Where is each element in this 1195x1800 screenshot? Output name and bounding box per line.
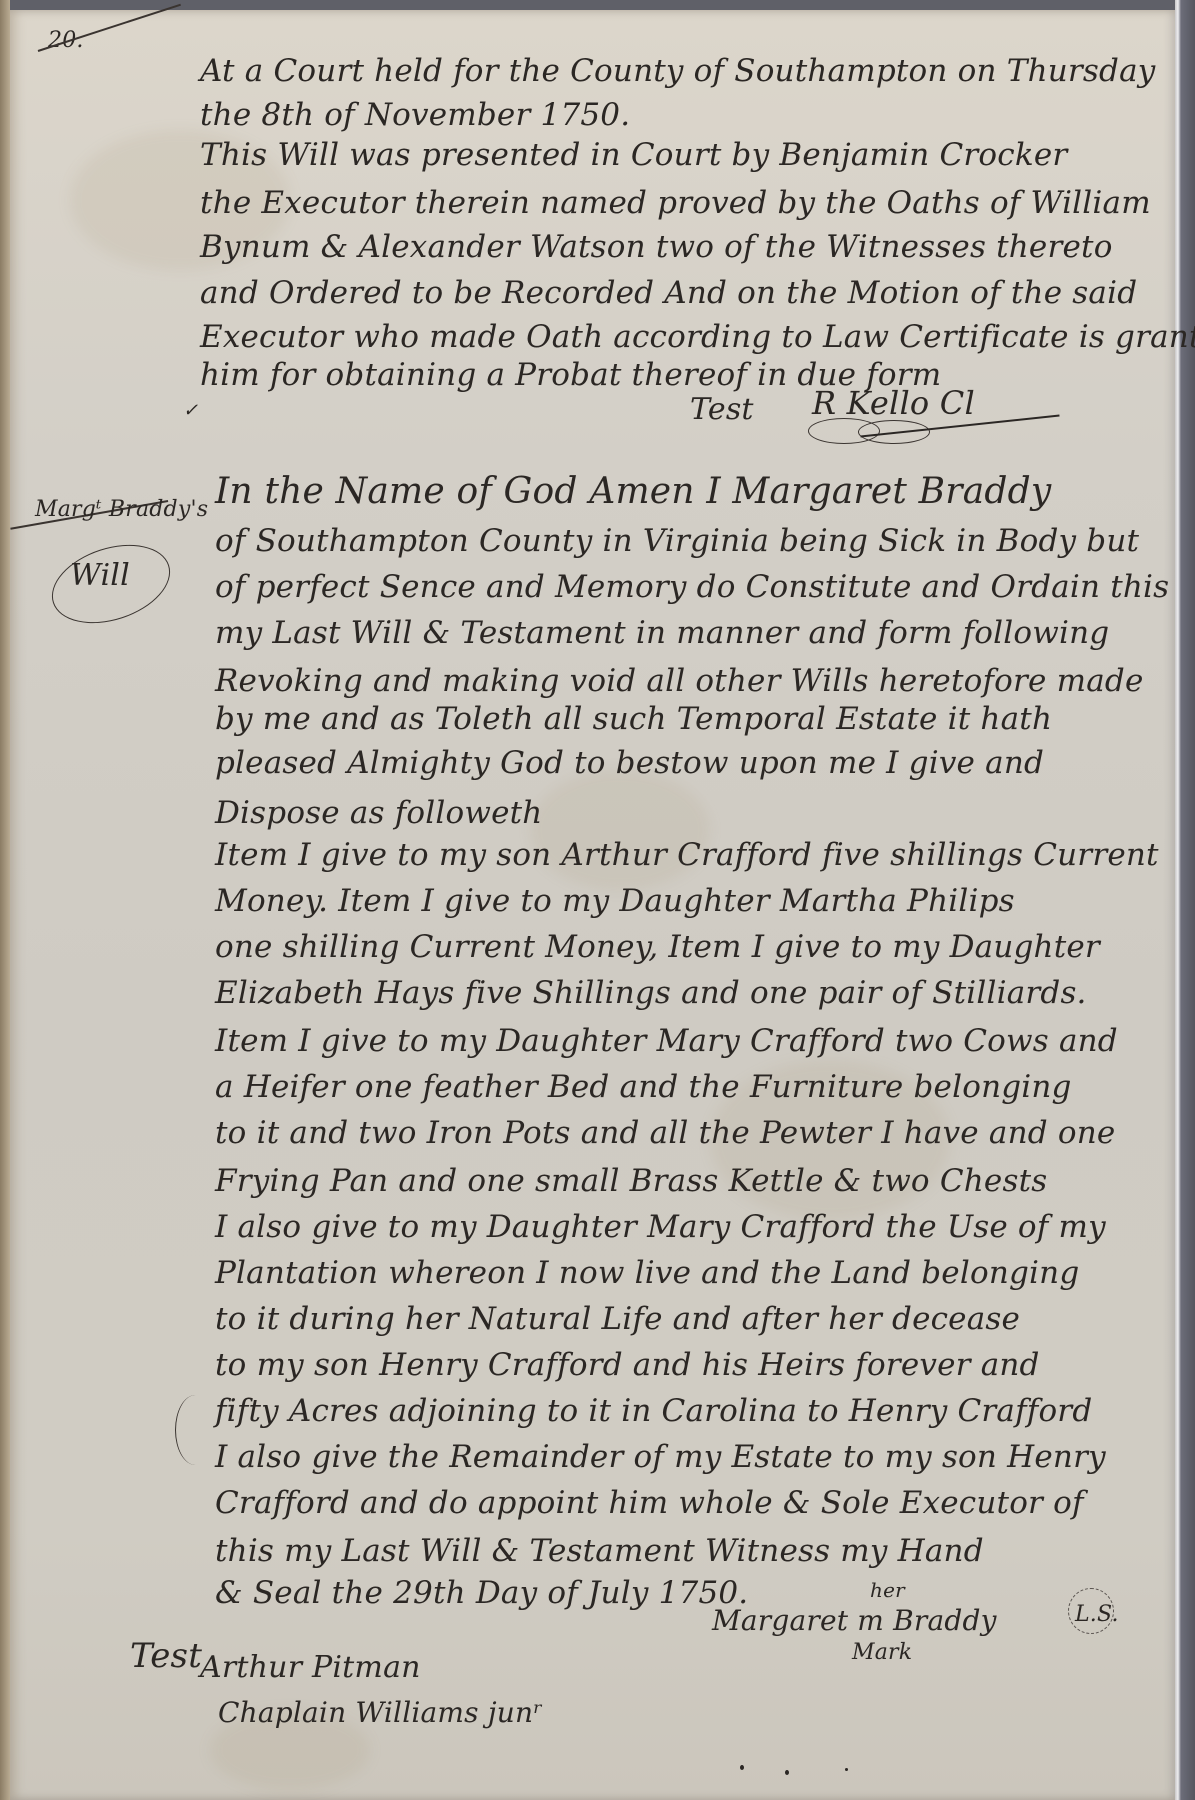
will-line: Dispose as followeth [215, 798, 542, 829]
witness-name: Chaplain Williams junʳ [218, 1696, 543, 1729]
will-line: pleased Almighty God to bestow upon me I… [215, 748, 1044, 779]
probate-line: At a Court held for the County of Southa… [200, 56, 1155, 87]
will-line: In the Name of God Amen I Margaret Bradd… [215, 474, 1051, 510]
will-line: Crafford and do appoint him whole & Sole… [215, 1488, 1084, 1519]
will-line: to my son Henry Crafford and his Heirs f… [215, 1350, 1040, 1381]
will-line: by me and as Toleth all such Temporal Es… [215, 704, 1052, 735]
will-line: Elizabeth Hays five Shillings and one pa… [215, 978, 1087, 1009]
will-line: Revoking and making void all other Wills… [215, 666, 1144, 697]
will-line: a Heifer one feather Bed and the Furnitu… [215, 1072, 1072, 1103]
margin-note-label: Will [70, 558, 130, 593]
probate-line: and Ordered to be Recorded And on the Mo… [200, 278, 1137, 309]
will-line: Item I give to my son Arthur Crafford fi… [215, 840, 1159, 871]
signature-mark: Mark [852, 1640, 912, 1665]
ink-spot [740, 1765, 744, 1770]
ink-spot [845, 1768, 848, 1771]
will-line: to it during her Natural Life and after … [215, 1304, 1020, 1335]
will-line: this my Last Will & Testament Witness my… [215, 1536, 984, 1567]
margin-note-name: Margᵗ Braddy's [35, 497, 208, 522]
will-line: I also give to my Daughter Mary Crafford… [215, 1212, 1106, 1243]
will-line: Item I give to my Daughter Mary Crafford… [215, 1026, 1118, 1057]
will-line: Frying Pan and one small Brass Kettle & … [215, 1166, 1047, 1197]
probate-line: This Will was presented in Court by Benj… [200, 140, 1067, 171]
witness-name: Arthur Pitman [200, 1650, 421, 1685]
signature-name: Margaret m Braddy [712, 1604, 997, 1637]
will-line: of Southampton County in Virginia being … [215, 526, 1139, 557]
margin-bracket [175, 1395, 216, 1465]
will-line: one shilling Current Money, Item I give … [215, 932, 1100, 963]
teste-label: Test [690, 392, 754, 427]
probate-line: the Executor therein named proved by the… [200, 188, 1151, 219]
seal-label: L.S. [1075, 1602, 1119, 1627]
probate-line: the 8th of November 1750. [200, 100, 630, 131]
check-mark-icon: ✓ [183, 400, 198, 421]
witness-teste-label: Test [130, 1636, 202, 1676]
will-line: my Last Will & Testament in manner and f… [215, 618, 1109, 649]
probate-line: Bynum & Alexander Watson two of the Witn… [200, 232, 1113, 263]
probate-line: Executor who made Oath according to Law … [200, 322, 1195, 353]
page-edge-left [0, 0, 10, 1800]
will-line: I also give the Remainder of my Estate t… [215, 1442, 1106, 1473]
will-line: of perfect Sence and Memory do Constitut… [215, 572, 1169, 603]
will-line: fifty Acres adjoining to it in Carolina … [215, 1396, 1092, 1427]
signature-her: her [870, 1578, 905, 1602]
will-line: & Seal the 29th Day of July 1750. [215, 1578, 748, 1609]
will-line: Money. Item I give to my Daughter Martha… [215, 886, 1015, 917]
ink-spot [785, 1770, 789, 1775]
page-edge-right [1175, 0, 1195, 1800]
will-line: Plantation whereon I now live and the La… [215, 1258, 1079, 1289]
will-line: to it and two Iron Pots and all the Pewt… [215, 1118, 1115, 1149]
clerk-signature: R Kello Cl [812, 384, 975, 422]
